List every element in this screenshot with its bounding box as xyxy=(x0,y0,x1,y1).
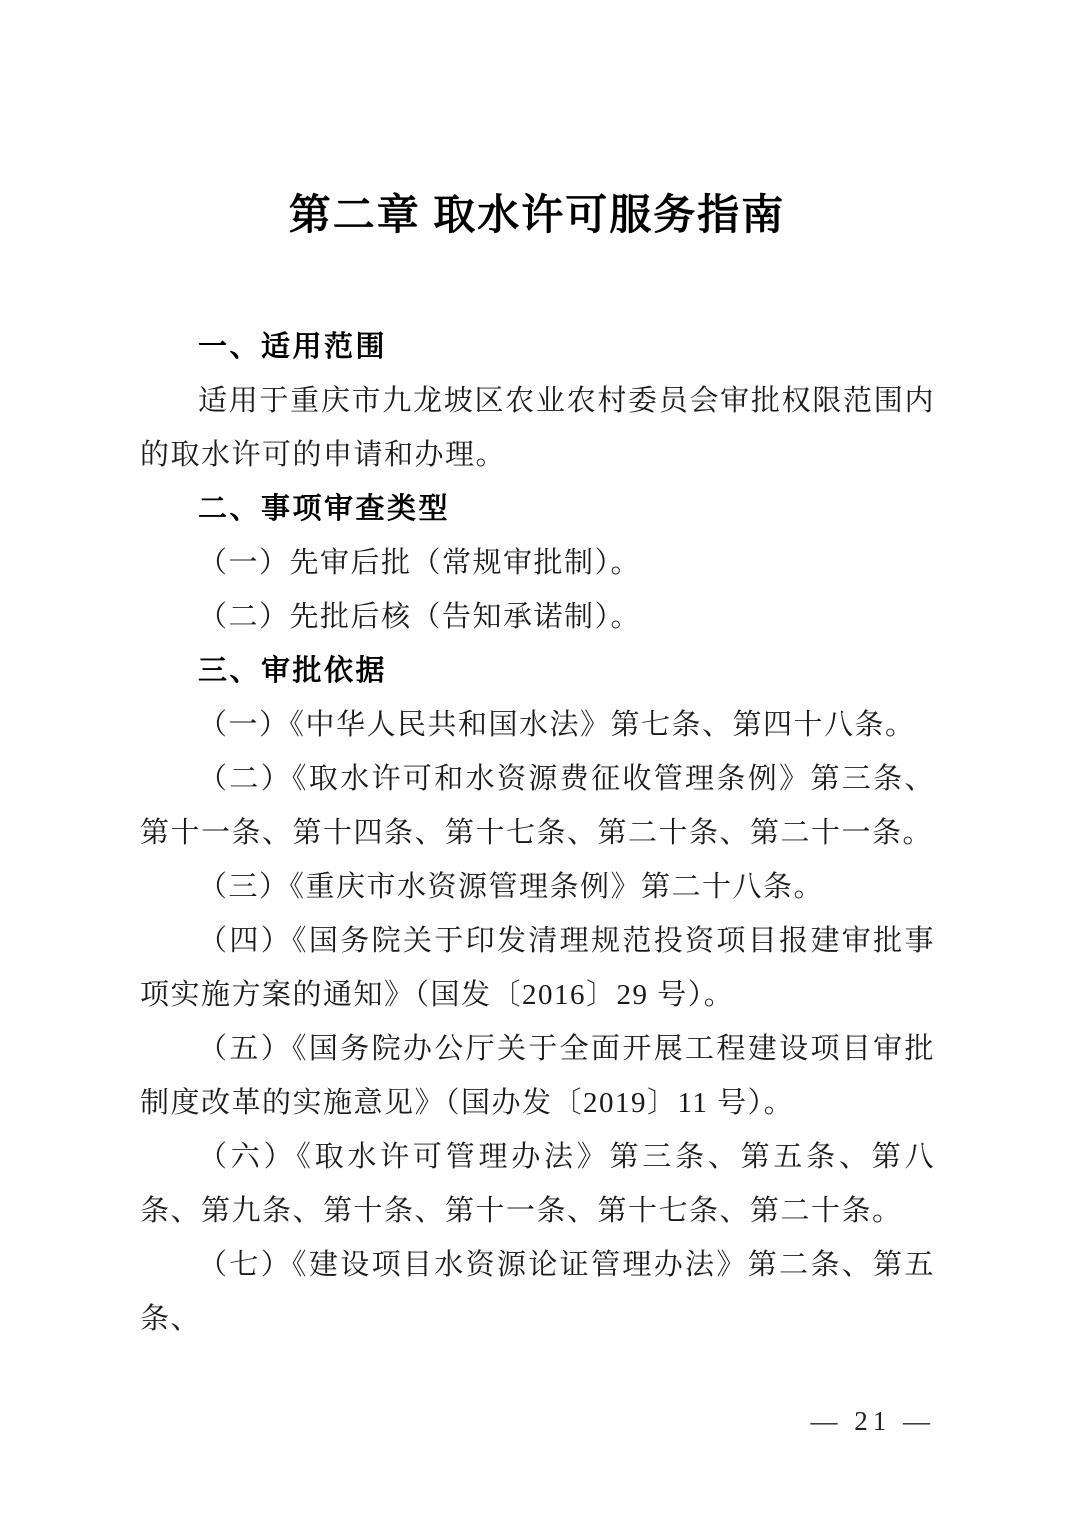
paragraph-scope: 适用于重庆市九龙坡区农业农村委员会审批权限范围内的取水许可的申请和办理。 xyxy=(140,374,935,482)
section-heading-scope: 一、适用范围 xyxy=(140,320,935,374)
paragraph-review-type-2: （二）先批后核（告知承诺制）。 xyxy=(140,590,935,644)
section-heading-review-type: 二、事项审查类型 xyxy=(140,482,935,536)
document-body: 一、适用范围 适用于重庆市九龙坡区农业农村委员会审批权限范围内的取水许可的申请和… xyxy=(140,320,935,1346)
paragraph-basis-7: （七）《建设项目水资源论证管理办法》第二条、第五条、 xyxy=(140,1238,935,1346)
paragraph-review-type-1: （一）先审后批（常规审批制）。 xyxy=(140,536,935,590)
paragraph-basis-5: （五）《国务院办公厅关于全面开展工程建设项目审批制度改革的实施意见》（国办发〔2… xyxy=(140,1022,935,1130)
section-heading-approval-basis: 三、审批依据 xyxy=(140,644,935,698)
document-page: 第二章 取水许可服务指南 一、适用范围 适用于重庆市九龙坡区农业农村委员会审批权… xyxy=(0,0,1074,1520)
page-footer: — 21 — xyxy=(811,1406,936,1437)
paragraph-basis-4: （四）《国务院关于印发清理规范投资项目报建审批事项实施方案的通知》（国发〔201… xyxy=(140,914,935,1022)
page-number: — 21 — xyxy=(811,1406,936,1436)
paragraph-basis-3: （三）《重庆市水资源管理条例》第二十八条。 xyxy=(140,860,935,914)
chapter-title: 第二章 取水许可服务指南 xyxy=(0,0,1074,242)
paragraph-basis-6: （六）《取水许可管理办法》第三条、第五条、第八条、第九条、第十条、第十一条、第十… xyxy=(140,1130,935,1238)
paragraph-basis-2: （二）《取水许可和水资源费征收管理条例》第三条、第十一条、第十四条、第十七条、第… xyxy=(140,752,935,860)
paragraph-basis-1: （一）《中华人民共和国水法》第七条、第四十八条。 xyxy=(140,698,935,752)
